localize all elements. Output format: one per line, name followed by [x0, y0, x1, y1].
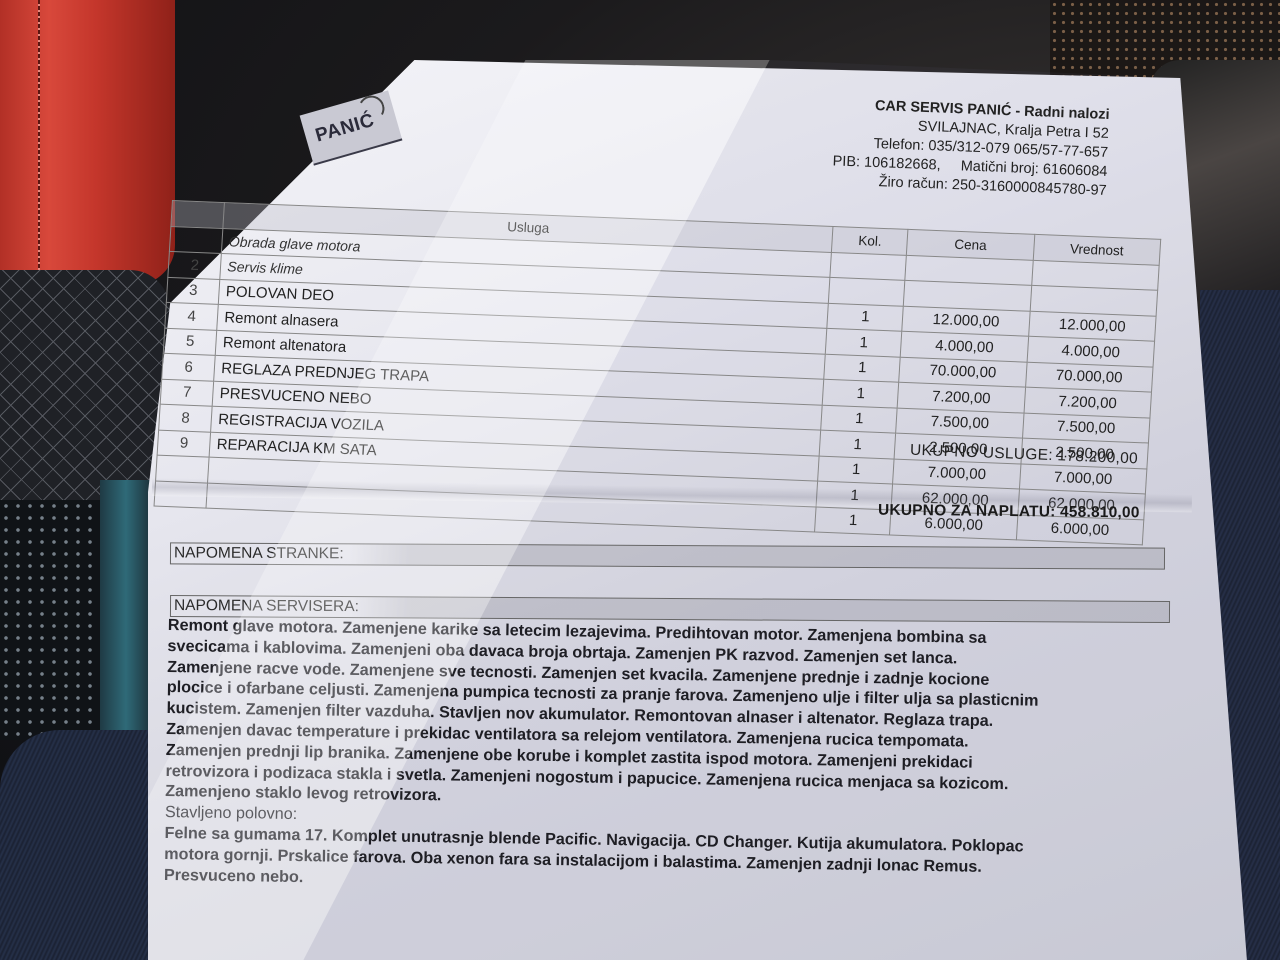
denim-left [0, 730, 160, 960]
row-qty [829, 277, 905, 305]
seam [38, 0, 40, 285]
row-qty: 1 [818, 456, 894, 484]
row-number: 2 [168, 251, 222, 279]
row-qty: 1 [827, 303, 903, 331]
row-qty: 1 [820, 430, 896, 458]
row-qty: 1 [823, 379, 899, 407]
row-number: 6 [162, 353, 216, 381]
logo-text: PANIĆ [313, 110, 377, 148]
red-seat-bolster [0, 0, 175, 285]
row-qty: 1 [824, 354, 900, 382]
grand-total: UKUPNO ZA NAPLATU: 458.810,00 [878, 502, 1140, 523]
row-qty: 1 [826, 328, 902, 356]
col-qty: Kol. [832, 226, 908, 254]
row-qty [830, 252, 906, 280]
row-number: 9 [157, 430, 211, 458]
row-number: 4 [165, 302, 219, 330]
seat-mesh-left [0, 500, 110, 740]
teal-fabric [100, 480, 152, 740]
company-header: CAR SERVIS PANIĆ - Radni nalozi SVILAJNA… [832, 95, 1110, 200]
quilted-seat [0, 270, 170, 500]
row-number: 5 [163, 328, 217, 356]
row-number: 8 [159, 404, 213, 432]
service-note-body: Remont glave motora. Zamenjene karike sa… [164, 615, 1178, 901]
col-no [171, 201, 225, 229]
row-number: 7 [160, 379, 214, 407]
row-number: 3 [166, 277, 220, 305]
row-qty: 1 [821, 405, 897, 433]
row-number [169, 226, 223, 254]
